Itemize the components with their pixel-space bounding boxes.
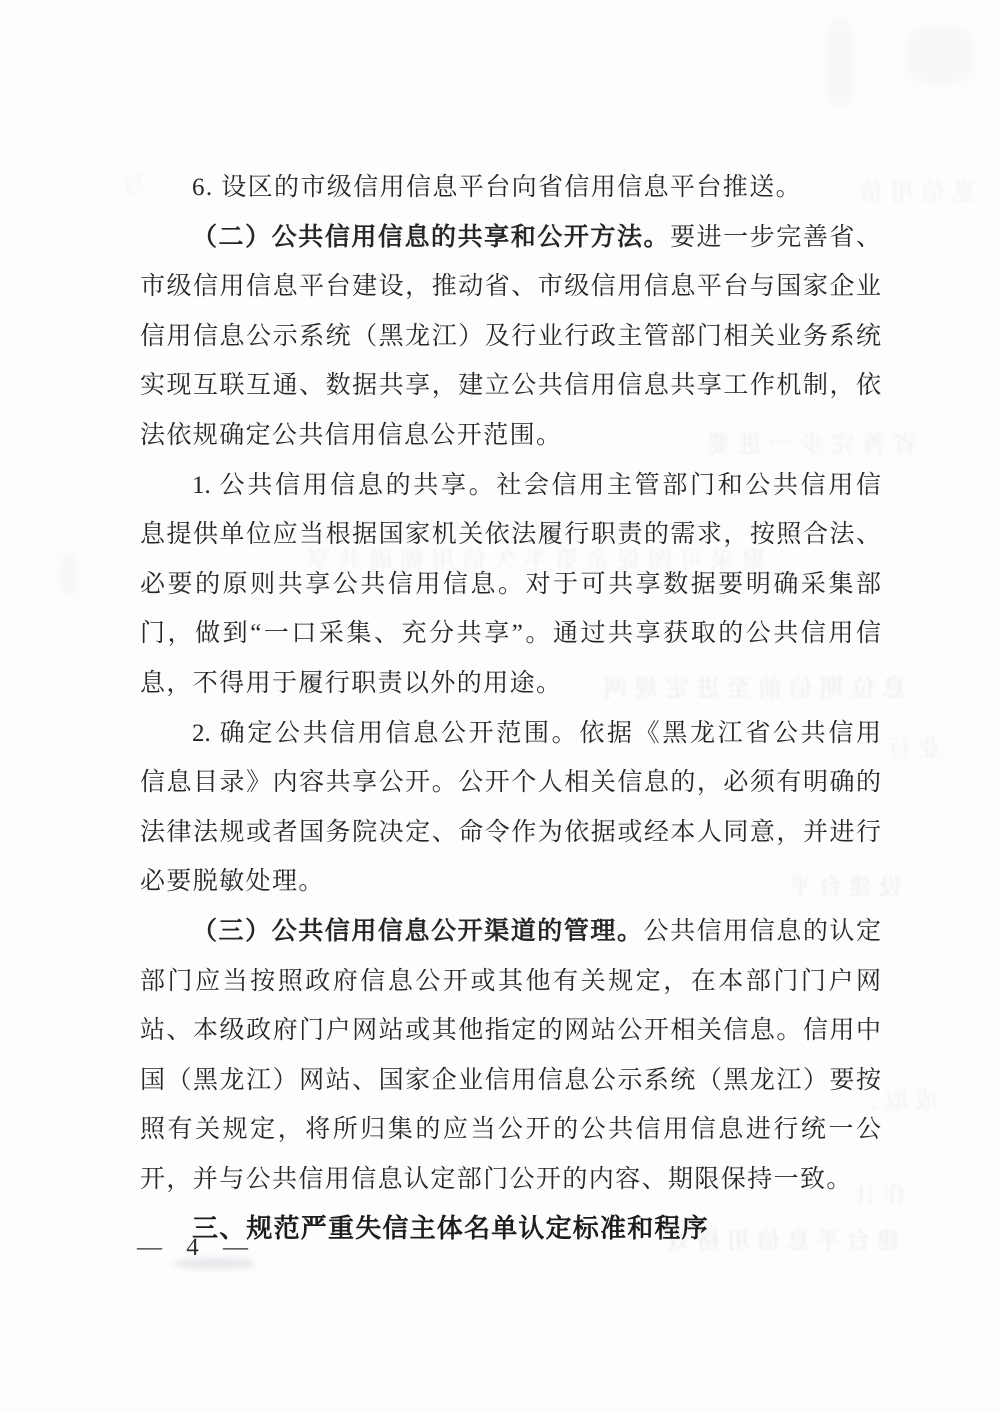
body-text: 门，做到“一口采集、充分共享”。通过共享获取的公共信用信: [140, 620, 881, 647]
body-text: 信用信息公示系统（黑龙江）及行业行政主管部门相关业务系统: [140, 323, 881, 350]
text-line: 息，不得用于履行职责以外的用途。: [140, 659, 881, 709]
document-body: 6. 设区的市级信用信息平台向省信用信息平台推送。（二）公共信用信息的共享和公开…: [140, 163, 881, 1254]
scan-smudge: [905, 25, 975, 85]
section-title: （二）公共信用信息的共享和公开方法。: [192, 224, 670, 251]
text-line: 1. 公共信用信息的共享。社会信用主管部门和公共信用信: [140, 461, 881, 511]
text-line: （三）公共信用信息公开渠道的管理。公共信用信息的认定: [140, 907, 881, 957]
body-text: 信息目录》内容共享公开。公开个人相关信息的，必须有明确的: [140, 769, 881, 796]
body-text: 要进一步完善省、: [670, 224, 881, 251]
text-line: 必要脱敏处理。: [140, 857, 881, 907]
body-text: 2. 确定公共信用信息公开范围。依据《黑龙江省公共信用: [192, 720, 881, 747]
body-text: 息提供单位应当根据国家机关依法履行职责的需求，按照合法、: [140, 521, 881, 548]
body-text: 1. 公共信用信息的共享。社会信用主管部门和公共信用信: [192, 472, 881, 499]
text-line: 国（黑龙江）网站、国家企业信用信息公示系统（黑龙江）要按: [140, 1056, 881, 1106]
body-text: 必要脱敏处理。: [140, 868, 325, 895]
body-text: 市级信用信息平台建设，推动省、市级信用信息平台与国家企业: [140, 273, 881, 300]
body-text: 实现互联互通、数据共享，建立公共信用信息共享工作机制，依: [140, 372, 881, 399]
text-line: 站、本级政府门户网站或其他指定的网站公开相关信息。信用中: [140, 1006, 881, 1056]
body-text: 6. 设区的市级信用信息平台向省信用信息平台推送。: [192, 174, 802, 201]
body-text: 息，不得用于履行职责以外的用途。: [140, 670, 562, 697]
body-text: 部门应当按照政府信息公开或其他有关规定，在本部门门户网: [140, 968, 881, 995]
body-text: 站、本级政府门户网站或其他指定的网站公开相关信息。信用中: [140, 1017, 881, 1044]
text-line: 法律法规或者国务院决定、命令作为依据或经本人同意，并进行: [140, 808, 881, 858]
text-line: 信用信息公示系统（黑龙江）及行业行政主管部门相关业务系统: [140, 312, 881, 362]
text-line: 门，做到“一口采集、充分共享”。通过共享获取的公共信用信: [140, 609, 881, 659]
text-line: 息提供单位应当根据国家机关依法履行职责的需求，按照合法、: [140, 510, 881, 560]
text-line: 2. 确定公共信用信息公开范围。依据《黑龙江省公共信用: [140, 709, 881, 759]
text-line: 必要的原则共享公共信用信息。对于可共享数据要明确采集部: [140, 560, 881, 610]
section-title: （三）公共信用信息公开渠道的管理。: [192, 918, 644, 945]
text-line: 照有关规定，将所归集的应当公开的公共信用信息进行统一公: [140, 1105, 881, 1155]
text-line: 实现互联互通、数据共享，建立公共信用信息共享工作机制，依: [140, 361, 881, 411]
text-line: 开，并与公共信用信息认定部门公开的内容、期限保持一致。: [140, 1155, 881, 1205]
text-line: 市级信用信息平台建设，推动省、市级信用信息平台与国家企业: [140, 262, 881, 312]
scan-smudge: [60, 555, 78, 595]
scan-smudge: [825, 18, 855, 108]
text-line: （二）公共信用信息的共享和公开方法。要进一步完善省、: [140, 213, 881, 263]
chapter-heading: 三、规范严重失信主体名单认定标准和程序: [192, 1213, 709, 1243]
text-line: 6. 设区的市级信用信息平台向省信用信息平台推送。: [140, 163, 881, 213]
body-text: 开，并与公共信用信息认定部门公开的内容、期限保持一致。: [140, 1166, 853, 1193]
text-line: 信息目录》内容共享公开。公开个人相关信息的，必须有明确的: [140, 758, 881, 808]
text-line: 法依规确定公共信用信息公开范围。: [140, 411, 881, 461]
scan-bleedthrough-text: 业行: [880, 728, 942, 763]
body-text: 公共信用信息的认定: [644, 918, 881, 945]
page-number: — 4 —: [137, 1231, 257, 1265]
body-text: 法律法规或者国务院决定、命令作为依据或经本人同意，并进行: [140, 819, 881, 846]
body-text: 必要的原则共享公共信用信息。对于可共享数据要明确采集部: [140, 571, 881, 598]
text-line: 部门应当按照政府信息公开或其他有关规定，在本部门门户网: [140, 957, 881, 1007]
body-text: 法依规确定公共信用信息公开范围。: [140, 422, 562, 449]
body-text: 国（黑龙江）网站、国家企业信用信息公示系统（黑龙江）要按: [140, 1067, 881, 1094]
body-text: 照有关规定，将所归集的应当公开的公共信用信息进行统一公: [140, 1116, 881, 1143]
document-page: 息信用信省善完步一进要聚采可图促余第半久信用糊确共享息位期信前至进定规两业行设建…: [0, 0, 1000, 1413]
